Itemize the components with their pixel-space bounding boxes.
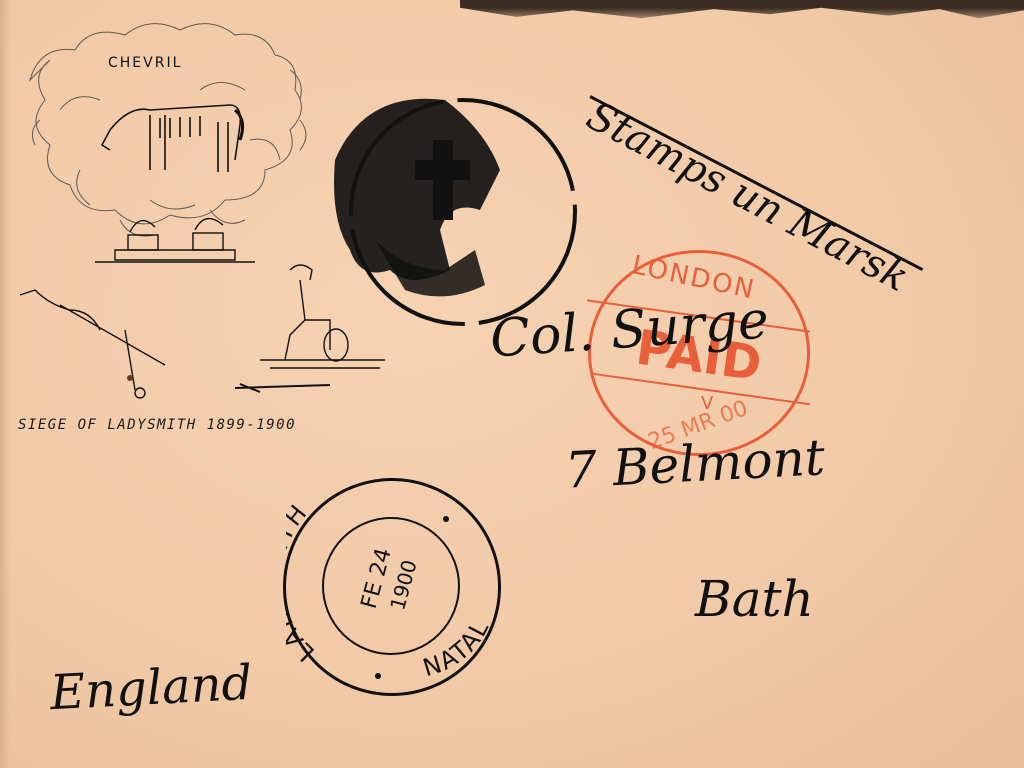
ladysmith-postmark-colony: NATAL — [420, 614, 496, 682]
address-line-2: 7 Belmont — [564, 428, 827, 500]
illustration-title: CHEVRIL — [108, 55, 182, 71]
address-country: England — [49, 655, 254, 722]
svg-text:NATAL: NATAL — [420, 614, 496, 682]
torn-top-edge — [460, 0, 1024, 26]
ladysmith-postmark-town: LADYSMITH — [286, 498, 320, 667]
ladysmith-postmark: LADYSMITH NATAL FE 24 1900 — [283, 478, 501, 696]
annotation-underline — [589, 95, 923, 271]
address-line-3: Bath — [695, 570, 814, 628]
envelope: CHEVRIL SIEGE OF LADYSMITH 1899-1900 Sta… — [0, 0, 1024, 768]
illustration-caption: SIEGE OF LADYSMITH 1899-1900 — [18, 417, 296, 433]
svg-text:LADYSMITH: LADYSMITH — [286, 498, 320, 667]
